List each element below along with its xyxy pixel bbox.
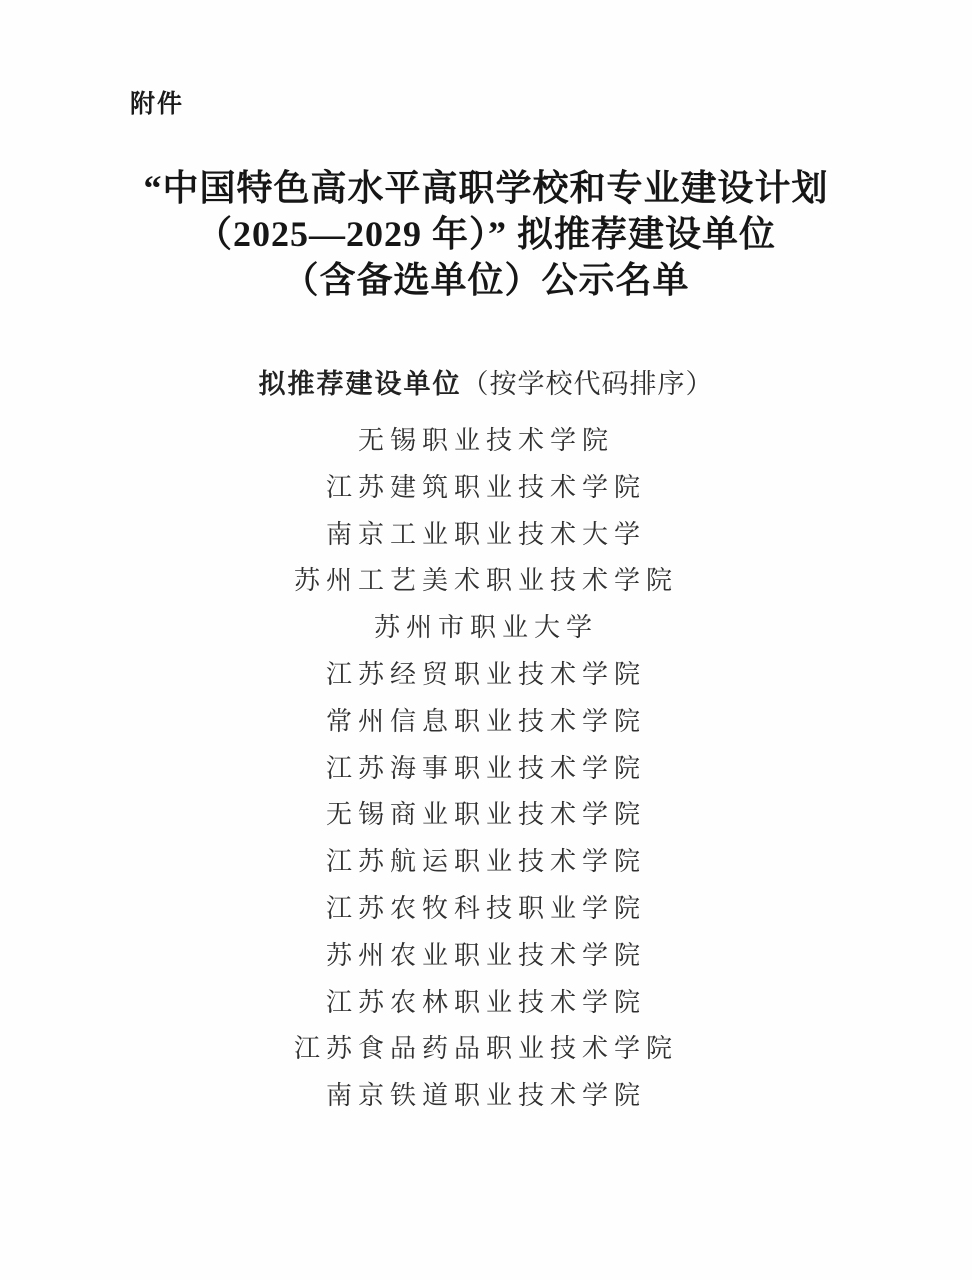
list-item: 苏州市职业大学 bbox=[0, 605, 972, 652]
list-item: 无锡商业职业技术学院 bbox=[0, 792, 972, 839]
title-line-2: （2025—2029 年）” 拟推荐建设单位 bbox=[0, 211, 972, 257]
attachment-label: 附件 bbox=[130, 84, 184, 120]
list-item: 江苏农林职业技术学院 bbox=[0, 980, 972, 1027]
school-list: 无锡职业技术学院 江苏建筑职业技术学院 南京工业职业技术大学 苏州工艺美术职业技… bbox=[0, 418, 972, 1120]
list-item: 江苏农牧科技职业学院 bbox=[0, 886, 972, 933]
list-item: 江苏建筑职业技术学院 bbox=[0, 465, 972, 512]
title-line-1: “中国特色高水平高职学校和专业建设计划 bbox=[0, 165, 972, 211]
list-item: 南京铁道职业技术学院 bbox=[0, 1073, 972, 1120]
list-item: 江苏经贸职业技术学院 bbox=[0, 652, 972, 699]
section-header: 拟推荐建设单位（按学校代码排序） bbox=[0, 362, 972, 401]
section-header-title: 拟推荐建设单位 bbox=[259, 369, 462, 399]
list-item: 江苏航运职业技术学院 bbox=[0, 839, 972, 886]
list-item: 常州信息职业技术学院 bbox=[0, 699, 972, 746]
title-line-3: （含备选单位）公示名单 bbox=[0, 257, 972, 303]
document-page: 附件 “中国特色高水平高职学校和专业建设计划 （2025—2029 年）” 拟推… bbox=[0, 0, 972, 1280]
list-item: 江苏食品药品职业技术学院 bbox=[0, 1026, 972, 1073]
list-item: 江苏海事职业技术学院 bbox=[0, 746, 972, 793]
section-header-note: （按学校代码排序） bbox=[462, 369, 714, 399]
document-title: “中国特色高水平高职学校和专业建设计划 （2025—2029 年）” 拟推荐建设… bbox=[0, 165, 972, 303]
list-item: 南京工业职业技术大学 bbox=[0, 512, 972, 559]
list-item: 无锡职业技术学院 bbox=[0, 418, 972, 465]
list-item: 苏州农业职业技术学院 bbox=[0, 933, 972, 980]
list-item: 苏州工艺美术职业技术学院 bbox=[0, 558, 972, 605]
